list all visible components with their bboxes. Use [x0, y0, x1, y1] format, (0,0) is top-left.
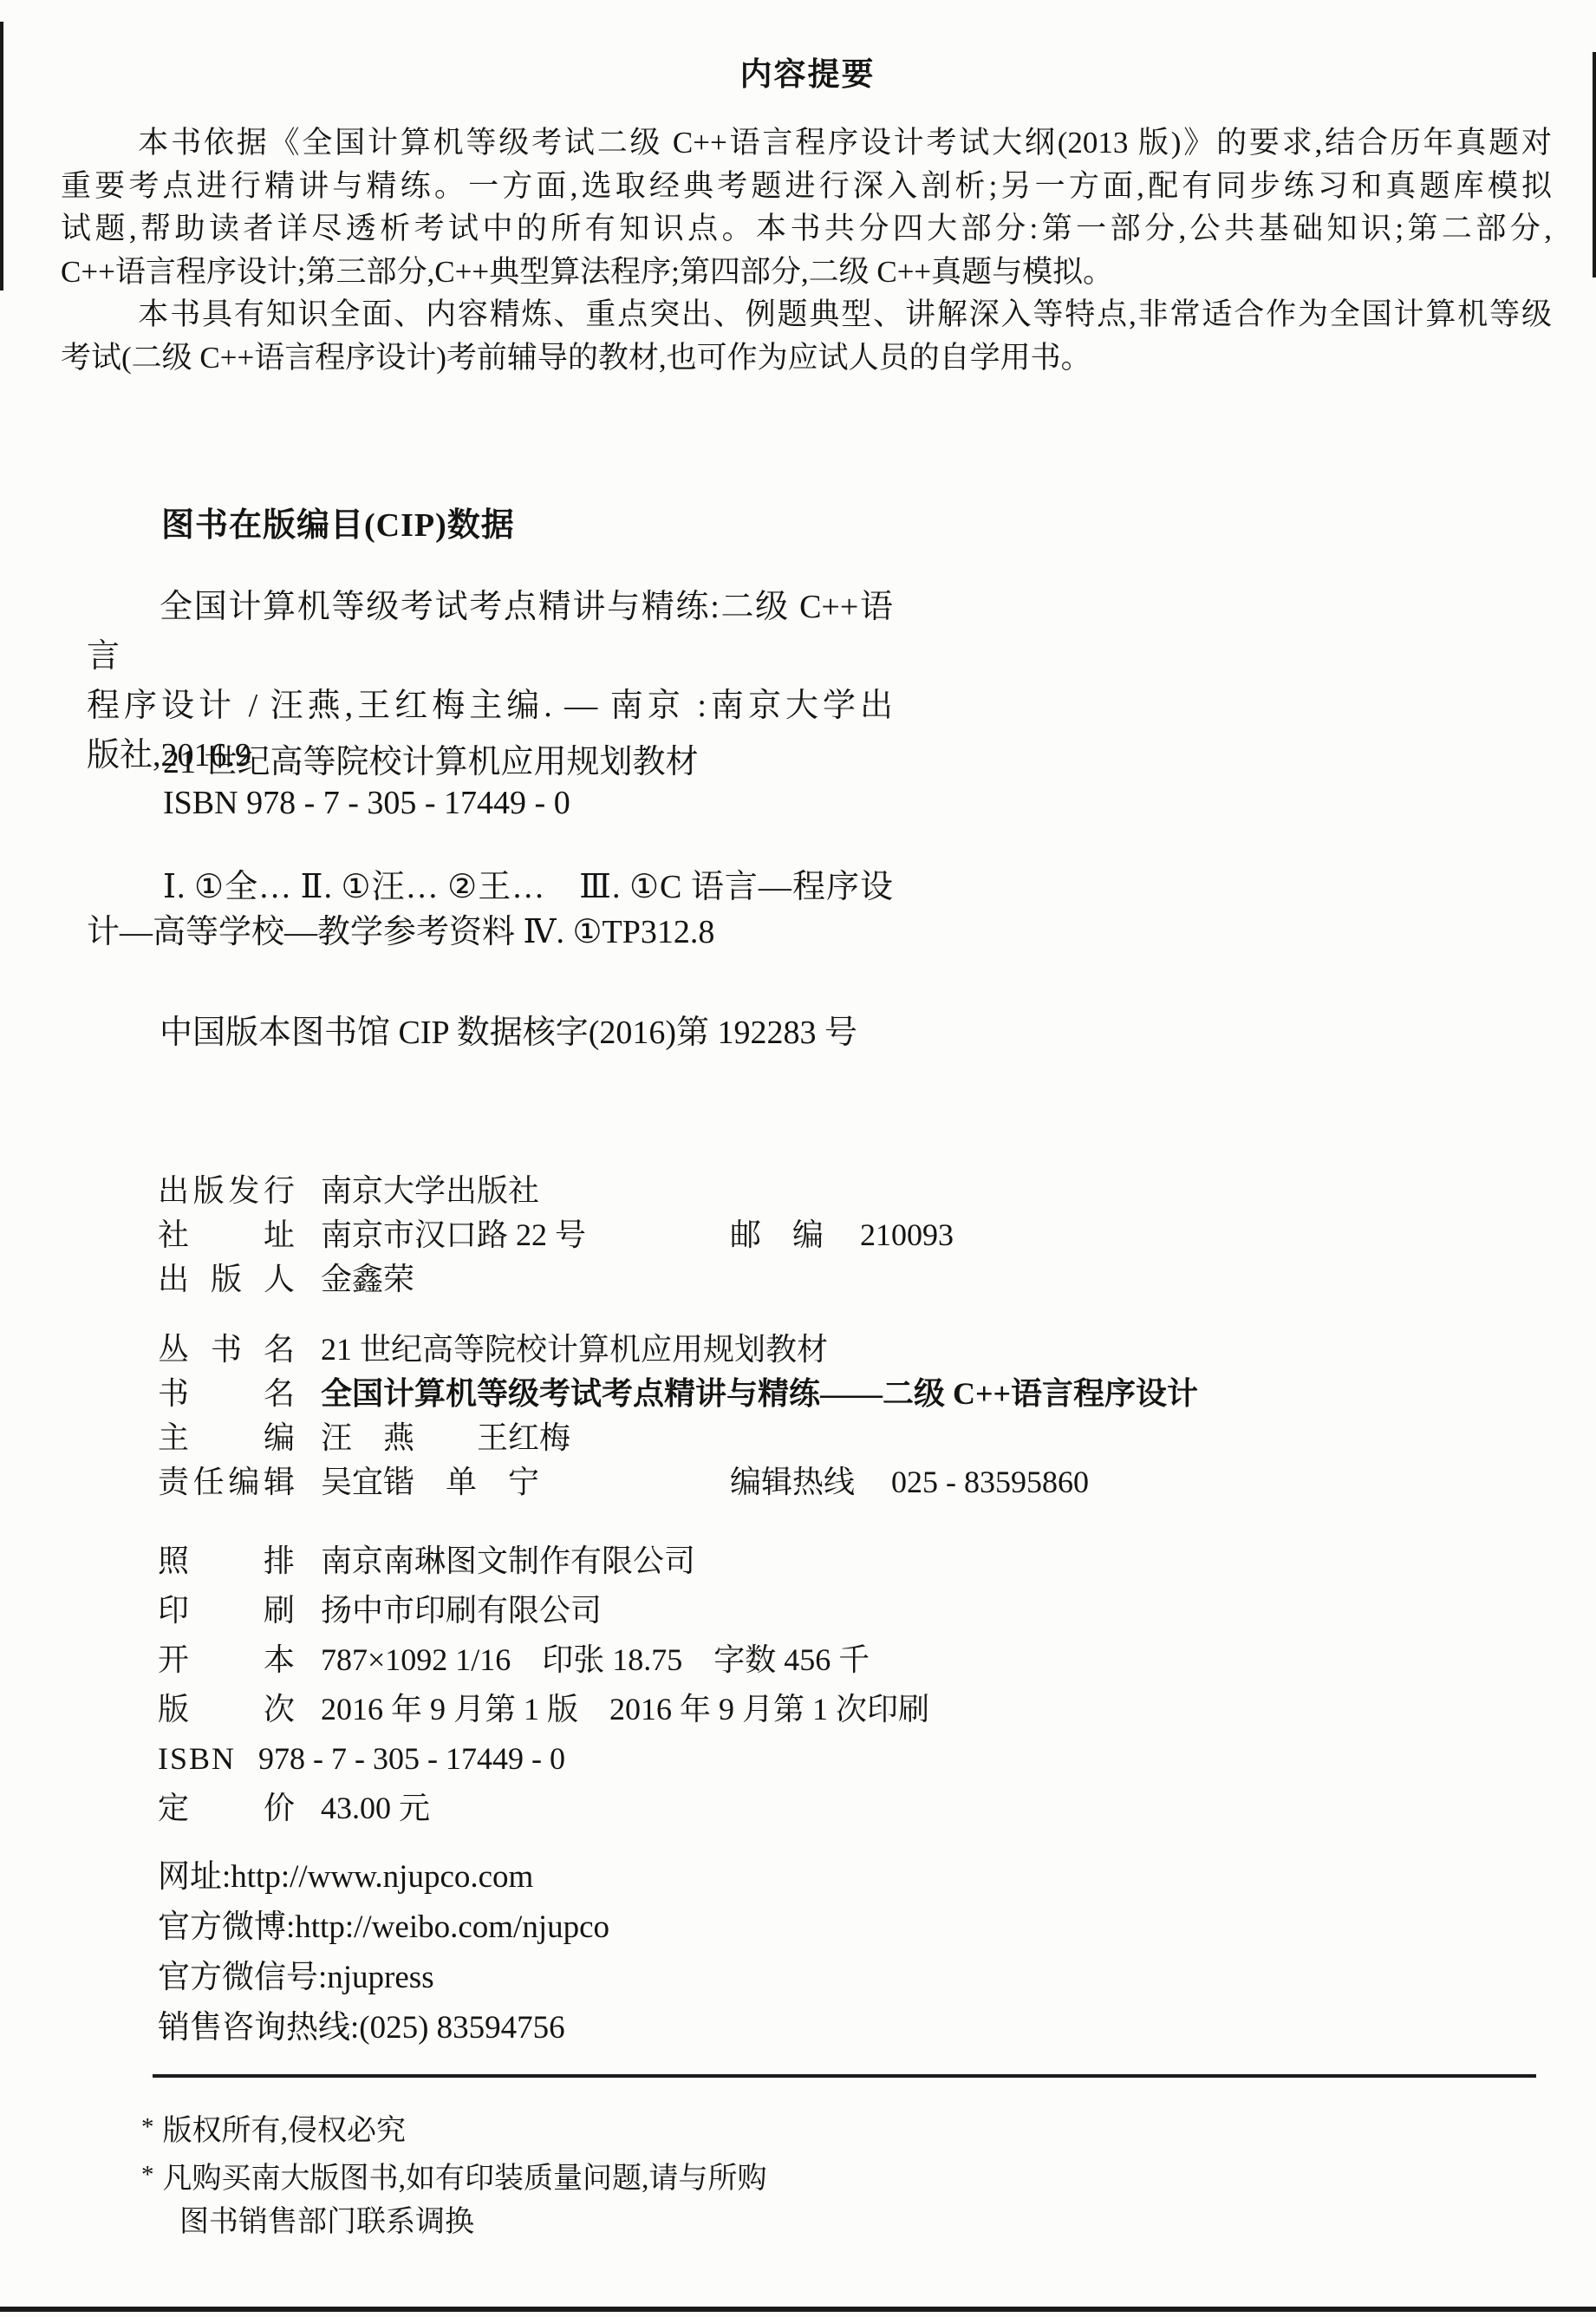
field-label: 定价 — [158, 1784, 295, 1833]
cip-title-line: 全国计算机等级考试考点精讲与精练:二级 C++语言 — [87, 583, 893, 682]
cip-isbn-line: ISBN 978 - 7 - 305 - 17449 - 0 — [163, 784, 570, 822]
colophon-row-book-title: 书名全国计算机等级考试考点精讲与精练——二级 C++语言程序设计 — [158, 1372, 1198, 1416]
field-label: ISBN — [158, 1734, 236, 1784]
field-value: 210093 — [860, 1217, 954, 1252]
footer-note-continuation: 图书销售部门联系调换 — [141, 2201, 766, 2244]
field-value: 43.00 元 — [321, 1791, 430, 1825]
colophon-row-series: 丛书名21 世纪高等院校计算机应用规划教材 — [158, 1328, 1198, 1372]
abstract-line: 考试(二级 C++语言程序设计)考前辅导的教材,也可作为应试人员的自学用书。 — [61, 336, 1552, 380]
colophon-row-managing-editor: 责任编辑吴宜锴 单 宁 编辑热线025 - 83595860 — [158, 1460, 1198, 1504]
colophon-row-isbn: ISBN978 - 7 - 305 - 17449 - 0 — [158, 1734, 929, 1784]
colophon-row-printing: 印刷扬中市印刷有限公司 — [158, 1586, 929, 1635]
divider-rule — [153, 2074, 1536, 2078]
contact-section: 网址:http://www.njupco.com 官方微博:http://wei… — [158, 1852, 609, 2053]
footer-note: *凡购买南大版图书,如有印装质量问题,请与所购 — [141, 2153, 766, 2201]
field-value: 汪 燕 王红梅 — [321, 1420, 570, 1455]
editor-hotline-pair: 编辑热线025 - 83595860 — [730, 1460, 1089, 1504]
field-label: 印刷 — [158, 1586, 295, 1635]
colophon-row-publisher: 出版发行南京大学出版社 — [158, 1169, 586, 1213]
copyright-page: 内容提要 本书依据《全国计算机等级考试二级 C++语言程序设计考试大纲(2013… — [0, 0, 1596, 2317]
cip-classification-line: 计—高等学校—教学参考资料 Ⅳ. ①TP312.8 — [87, 910, 893, 955]
field-value: 978 - 7 - 305 - 17449 - 0 — [258, 1741, 565, 1776]
colophon-row-chief-editors: 主编汪 燕 王红梅 — [158, 1416, 1198, 1460]
scan-artifact-right-edge — [1593, 52, 1596, 277]
colophon-row-address: 社址南京市汉口路 22 号 邮 编210093 — [158, 1213, 586, 1257]
abstract-line: 本书具有知识全面、内容精炼、重点突出、例题典型、讲解深入等特点,非常适合作为全国… — [61, 293, 1552, 336]
colophon-row-format: 开本787×1092 1/16 印张 18.75 字数 456 千 — [158, 1635, 929, 1685]
abstract-line: C++语言程序设计;第三部分,C++典型算法程序;第四部分,二级 C++真题与模… — [61, 251, 1552, 294]
field-value: 2016 年 9 月第 1 版 2016 年 9 月第 1 次印刷 — [321, 1692, 929, 1726]
field-label: 主编 — [158, 1416, 295, 1460]
field-value: 南京大学出版社 — [321, 1173, 539, 1208]
abstract-line: 本书依据《全国计算机等级考试二级 C++语言程序设计考试大纲(2013 版)》的… — [61, 121, 1552, 165]
field-label: 丛书名 — [158, 1328, 295, 1372]
colophon-row-publisher-person: 出版人金鑫荣 — [158, 1257, 586, 1302]
contact-line-website: 网址:http://www.njupco.com — [158, 1852, 609, 1903]
field-value: 扬中市印刷有限公司 — [321, 1593, 602, 1628]
footer-note: *版权所有,侵权必究 — [141, 2105, 766, 2153]
cip-classification-line: Ⅰ. ①全… Ⅱ. ①汪… ②王… Ⅲ. ①C 语言—程序设 — [87, 865, 893, 910]
field-label: 版次 — [158, 1685, 295, 1734]
footer-notes: *版权所有,侵权必究 *凡购买南大版图书,如有印装质量问题,请与所购 图书销售部… — [141, 2105, 766, 2244]
field-label: 编辑热线 — [730, 1465, 855, 1499]
colophon-row-typesetting: 照排南京南琳图文制作有限公司 — [158, 1537, 929, 1586]
field-label: 社址 — [158, 1213, 295, 1257]
field-label: 责任编辑 — [158, 1460, 295, 1504]
colophon-group-printing: 照排南京南琳图文制作有限公司 印刷扬中市印刷有限公司 开本787×1092 1/… — [158, 1537, 929, 1833]
field-value: 金鑫荣 — [321, 1262, 414, 1296]
field-label: 书名 — [158, 1372, 295, 1416]
cip-classification-block: Ⅰ. ①全… Ⅱ. ①汪… ②王… Ⅲ. ①C 语言—程序设 计—高等学校—教学… — [87, 865, 893, 955]
scan-artifact-left-edge — [0, 22, 3, 290]
field-value: 南京南琳图文制作有限公司 — [321, 1544, 695, 1578]
field-label: 出版人 — [158, 1257, 295, 1302]
abstract-section: 本书依据《全国计算机等级考试二级 C++语言程序设计考试大纲(2013 版)》的… — [61, 121, 1552, 379]
colophon-group-book: 丛书名21 世纪高等院校计算机应用规划教材 书名全国计算机等级考试考点精讲与精练… — [158, 1328, 1198, 1504]
field-label: 照排 — [158, 1537, 295, 1586]
contact-line-wechat: 官方微信号:njupress — [158, 1953, 609, 2003]
field-label: 出版发行 — [158, 1169, 295, 1213]
page-title: 内容提要 — [63, 48, 1552, 95]
colophon-row-price: 定价43.00 元 — [158, 1784, 929, 1833]
postcode-pair: 邮 编210093 — [730, 1213, 954, 1257]
cip-record-line: 中国版本图书馆 CIP 数据核字(2016)第 192283 号 — [160, 1005, 857, 1053]
field-value: 南京市汉口路 22 号 — [321, 1217, 586, 1252]
field-value: 全国计算机等级考试考点精讲与精练——二级 C++语言程序设计 — [321, 1376, 1198, 1411]
footer-note-text: 凡购买南大版图书,如有印装质量问题,请与所购 — [162, 2163, 766, 2195]
field-value: 21 世纪高等院校计算机应用规划教材 — [321, 1332, 828, 1367]
asterisk-bullet: * — [141, 2153, 153, 2196]
field-value: 025 - 83595860 — [891, 1465, 1089, 1499]
cip-series-note: 21 世纪高等院校计算机应用规划教材 — [163, 734, 699, 782]
field-value: 吴宜锴 单 宁 — [321, 1465, 539, 1499]
cip-title-line: 程序设计 / 汪燕,王红梅主编. — 南京 :南京大学出 — [87, 682, 893, 731]
asterisk-bullet: * — [141, 2105, 153, 2149]
abstract-line: 重要考点进行精讲与精练。一方面,选取经典考题进行深入剖析;另一方面,配有同步练习… — [61, 165, 1552, 208]
colophon-row-edition: 版次2016 年 9 月第 1 版 2016 年 9 月第 1 次印刷 — [158, 1685, 929, 1734]
field-label: 邮 编 — [730, 1217, 824, 1252]
field-value: 787×1092 1/16 印张 18.75 字数 456 千 — [321, 1642, 870, 1677]
field-label: 开本 — [158, 1635, 295, 1685]
cip-heading: 图书在版编目(CIP)数据 — [161, 498, 515, 545]
abstract-line: 试题,帮助读者详尽透析考试中的所有知识点。本书共分四大部分:第一部分,公共基础知… — [61, 207, 1552, 251]
contact-line-hotline: 销售咨询热线:(025) 83594756 — [158, 2003, 609, 2053]
contact-line-weibo: 官方微博:http://weibo.com/njupco — [158, 1903, 609, 1953]
colophon-group-publisher: 出版发行南京大学出版社 社址南京市汉口路 22 号 邮 编210093 出版人金… — [158, 1169, 586, 1302]
scan-artifact-bottom-edge — [0, 2307, 1596, 2312]
footer-note-text: 版权所有,侵权必究 — [162, 2115, 406, 2147]
